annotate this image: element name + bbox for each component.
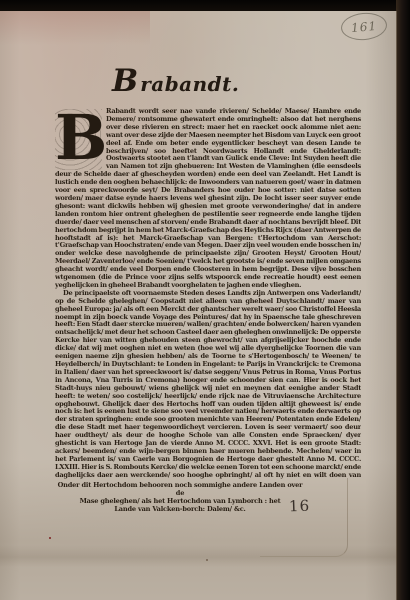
page-title: Brabandt. — [112, 63, 239, 99]
pencil-annotation-number: 161 — [350, 18, 377, 34]
paper-page: 161 Brabandt. BRabandt wordt seer nae va… — [0, 11, 397, 600]
plate-impression-line — [260, 478, 348, 557]
drop-cap-initial: B — [55, 109, 102, 170]
body-paragraph-2-text: De principaelste oft voornaemste Steden … — [55, 290, 361, 480]
scanned-book-photo: 161 Brabandt. BRabandt wordt seer nae va… — [0, 0, 410, 600]
pencil-annotation-circle: 161 — [340, 11, 388, 42]
ink-speck — [206, 559, 208, 561]
book-edge-top — [0, 0, 410, 11]
corner-shadow — [0, 11, 150, 45]
ink-speck — [49, 537, 51, 539]
book-edge-right — [396, 0, 410, 600]
body-text-block: BRabandt wordt seer nae vande rivieren/ … — [55, 108, 361, 480]
body-paragraph-first: BRabandt wordt seer nae vande rivieren/ … — [55, 108, 361, 290]
